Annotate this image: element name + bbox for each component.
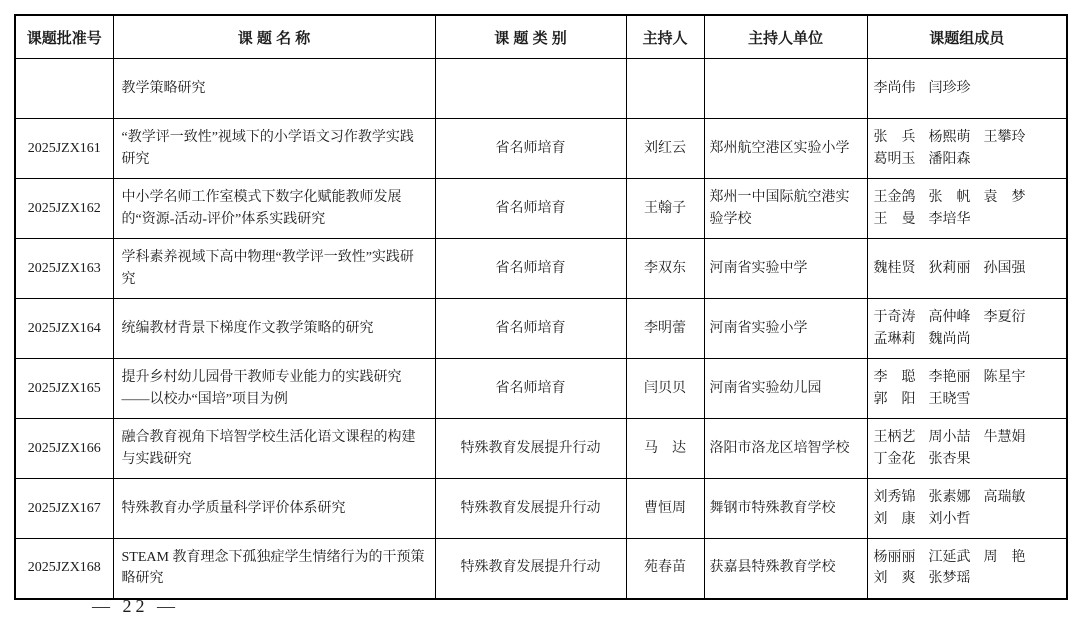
member-name: 潘阳森	[929, 149, 971, 171]
cell-leader-unit	[704, 59, 867, 119]
cell-members: 王柄艺周小喆牛慧娟丁金花张杏果	[867, 419, 1067, 479]
cell-leader	[626, 59, 704, 119]
cell-project-name: “教学评一致性”视域下的小学语文习作教学实践研究	[113, 119, 435, 179]
cell-leader: 王翰子	[626, 179, 704, 239]
cell-approval-no: 2025JZX161	[15, 119, 113, 179]
cell-members: 李尚伟闫珍珍	[867, 59, 1067, 119]
cell-leader-unit: 河南省实验中学	[704, 239, 867, 299]
member-name: 周 艳	[984, 547, 1026, 569]
member-name: 狄莉丽	[929, 258, 971, 280]
member-name: 孟琳莉	[874, 329, 916, 351]
cell-approval-no	[15, 59, 113, 119]
col-header-leader: 主持人	[626, 15, 704, 59]
member-name: 李培华	[929, 209, 971, 231]
member-name: 王柄艺	[874, 427, 916, 449]
cell-approval-no: 2025JZX167	[15, 479, 113, 539]
cell-approval-no: 2025JZX162	[15, 179, 113, 239]
table-row: 2025JZX167 特殊教育办学质量科学评价体系研究 特殊教育发展提升行动 曹…	[15, 479, 1067, 539]
cell-category	[435, 59, 626, 119]
member-name: 刘秀锦	[874, 487, 916, 509]
cell-approval-no: 2025JZX165	[15, 359, 113, 419]
cell-category: 省名师培育	[435, 239, 626, 299]
member-name: 刘 康	[874, 509, 916, 531]
member-name: 高仲峰	[929, 307, 971, 329]
member-name: 刘 爽	[874, 568, 916, 590]
cell-leader: 刘红云	[626, 119, 704, 179]
table-row: 2025JZX162 中小学名师工作室模式下数字化赋能教师发展的“资源-活动-评…	[15, 179, 1067, 239]
member-name: 牛慧娟	[984, 427, 1026, 449]
member-name: 张杏果	[929, 449, 971, 471]
member-name: 魏桂贤	[874, 258, 916, 280]
col-header-members: 课题组成员	[867, 15, 1067, 59]
member-name: 于奇涛	[874, 307, 916, 329]
col-header-approval-no: 课题批准号	[15, 15, 113, 59]
cell-category: 省名师培育	[435, 119, 626, 179]
header-row: 课题批准号 课 题 名 称 课 题 类 别 主持人 主持人单位 课题组成员	[15, 15, 1067, 59]
cell-project-name: 教学策略研究	[113, 59, 435, 119]
member-name: 陈星宇	[984, 367, 1026, 389]
cell-leader-unit: 舞钢市特殊教育学校	[704, 479, 867, 539]
cell-leader-unit: 河南省实验幼儿园	[704, 359, 867, 419]
cell-approval-no: 2025JZX166	[15, 419, 113, 479]
member-name: 郭 阳	[874, 389, 916, 411]
cell-leader-unit: 获嘉县特殊教育学校	[704, 539, 867, 599]
member-name: 杨丽丽	[874, 547, 916, 569]
cell-members: 王金鸽张 帆袁 梦王 曼李培华	[867, 179, 1067, 239]
member-name: 袁 梦	[984, 187, 1026, 209]
table-row: 2025JZX163 学科素养视域下高中物理“教学评一致性”实践研究 省名师培育…	[15, 239, 1067, 299]
cell-members: 杨丽丽江延武周 艳刘 爽张梦瑶	[867, 539, 1067, 599]
member-name: 李 聪	[874, 367, 916, 389]
cell-category: 省名师培育	[435, 299, 626, 359]
cell-project-name: 学科素养视域下高中物理“教学评一致性”实践研究	[113, 239, 435, 299]
projects-table: 课题批准号 课 题 名 称 课 题 类 别 主持人 主持人单位 课题组成员 教学…	[14, 14, 1068, 600]
cell-members: 李 聪李艳丽陈星宇郭 阳王晓雪	[867, 359, 1067, 419]
cell-project-name: 中小学名师工作室模式下数字化赋能教师发展的“资源-活动-评价”体系实践研究	[113, 179, 435, 239]
cell-leader-unit: 洛阳市洛龙区培智学校	[704, 419, 867, 479]
cell-category: 省名师培育	[435, 179, 626, 239]
cell-category: 省名师培育	[435, 359, 626, 419]
member-name: 张 帆	[929, 187, 971, 209]
cell-members: 于奇涛高仲峰李夏衍孟琳莉魏尚尚	[867, 299, 1067, 359]
member-name: 张 兵	[874, 127, 916, 149]
cell-leader: 苑春苗	[626, 539, 704, 599]
member-name: 李尚伟	[874, 78, 916, 100]
page-number: — 22 —	[92, 596, 179, 617]
cell-approval-no: 2025JZX168	[15, 539, 113, 599]
cell-approval-no: 2025JZX164	[15, 299, 113, 359]
table-row: 教学策略研究 李尚伟闫珍珍	[15, 59, 1067, 119]
member-name: 魏尚尚	[929, 329, 971, 351]
member-name: 闫珍珍	[929, 78, 971, 100]
table-row: 2025JZX166 融合教育视角下培智学校生活化语文课程的构建与实践研究 特殊…	[15, 419, 1067, 479]
member-name: 张素娜	[929, 487, 971, 509]
col-header-project-name: 课 题 名 称	[113, 15, 435, 59]
member-name: 王 曼	[874, 209, 916, 231]
cell-project-name: 统编教材背景下梯度作文教学策略的研究	[113, 299, 435, 359]
cell-approval-no: 2025JZX163	[15, 239, 113, 299]
cell-members: 张 兵杨熙萌王攀玲葛明玉潘阳森	[867, 119, 1067, 179]
table-row: 2025JZX165 提升乡村幼儿园骨干教师专业能力的实践研究——以校办“国培”…	[15, 359, 1067, 419]
cell-category: 特殊教育发展提升行动	[435, 419, 626, 479]
document-page: 课题批准号 课 题 名 称 课 题 类 别 主持人 主持人单位 课题组成员 教学…	[0, 0, 1080, 643]
cell-leader-unit: 郑州航空港区实验小学	[704, 119, 867, 179]
member-name: 张梦瑶	[929, 568, 971, 590]
member-name: 周小喆	[929, 427, 971, 449]
cell-project-name: 提升乡村幼儿园骨干教师专业能力的实践研究——以校办“国培”项目为例	[113, 359, 435, 419]
member-name: 高瑞敏	[984, 487, 1026, 509]
member-name: 葛明玉	[874, 149, 916, 171]
cell-members: 魏桂贤狄莉丽孙国强	[867, 239, 1067, 299]
member-name: 王晓雪	[929, 389, 971, 411]
cell-category: 特殊教育发展提升行动	[435, 539, 626, 599]
member-name: 孙国强	[984, 258, 1026, 280]
member-name: 王攀玲	[984, 127, 1026, 149]
cell-leader: 李明蕾	[626, 299, 704, 359]
member-name: 丁金花	[874, 449, 916, 471]
cell-leader: 闫贝贝	[626, 359, 704, 419]
member-name: 李夏衍	[984, 307, 1026, 329]
member-name: 王金鸽	[874, 187, 916, 209]
table-row: 2025JZX164 统编教材背景下梯度作文教学策略的研究 省名师培育 李明蕾 …	[15, 299, 1067, 359]
member-name: 江延武	[929, 547, 971, 569]
cell-members: 刘秀锦张素娜高瑞敏刘 康刘小哲	[867, 479, 1067, 539]
cell-leader: 李双东	[626, 239, 704, 299]
cell-project-name: 融合教育视角下培智学校生活化语文课程的构建与实践研究	[113, 419, 435, 479]
col-header-category: 课 题 类 别	[435, 15, 626, 59]
table-row: 2025JZX168 STEAM 教育理念下孤独症学生情绪行为的干预策略研究 特…	[15, 539, 1067, 599]
table-row: 2025JZX161 “教学评一致性”视域下的小学语文习作教学实践研究 省名师培…	[15, 119, 1067, 179]
member-name: 杨熙萌	[929, 127, 971, 149]
cell-leader: 马 达	[626, 419, 704, 479]
member-name: 李艳丽	[929, 367, 971, 389]
cell-leader: 曹恒周	[626, 479, 704, 539]
col-header-leader-unit: 主持人单位	[704, 15, 867, 59]
cell-leader-unit: 河南省实验小学	[704, 299, 867, 359]
cell-project-name: 特殊教育办学质量科学评价体系研究	[113, 479, 435, 539]
member-name: 刘小哲	[929, 509, 971, 531]
cell-project-name: STEAM 教育理念下孤独症学生情绪行为的干预策略研究	[113, 539, 435, 599]
cell-category: 特殊教育发展提升行动	[435, 479, 626, 539]
cell-leader-unit: 郑州一中国际航空港实验学校	[704, 179, 867, 239]
